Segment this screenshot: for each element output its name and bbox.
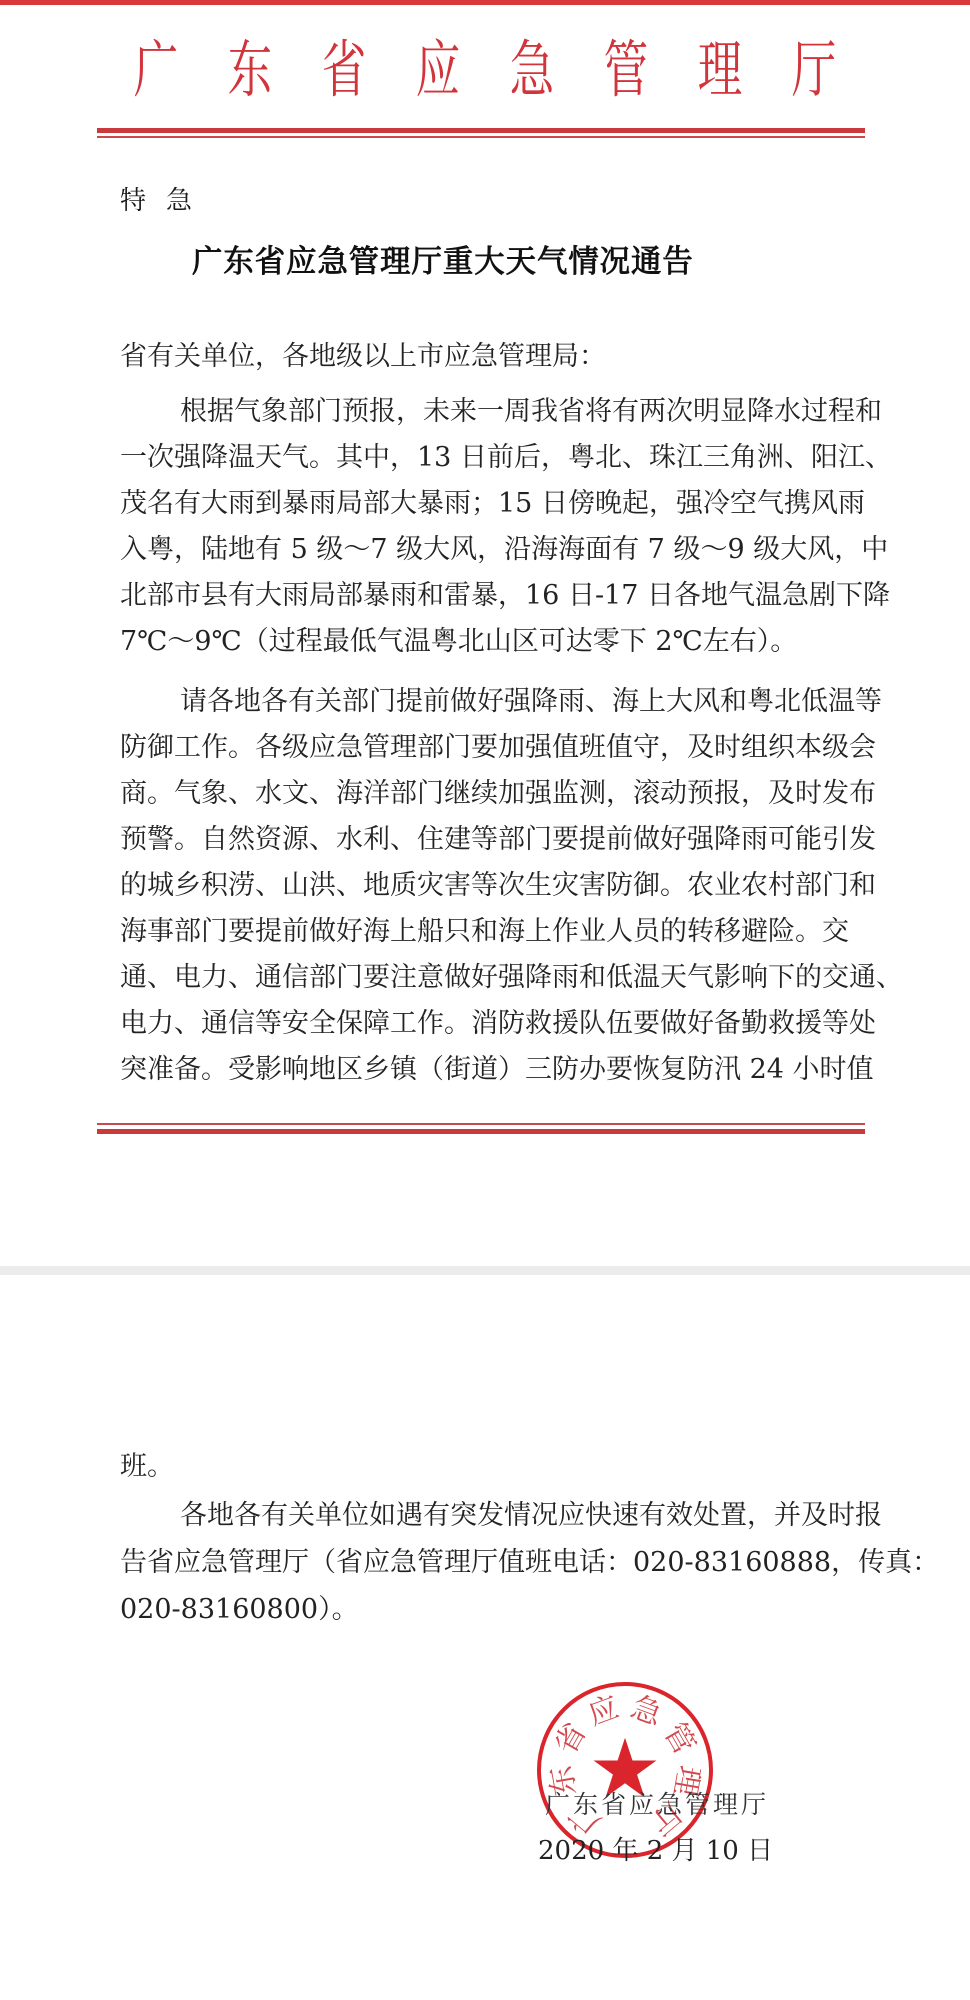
body-text-line: 茂名有大雨到暴雨局部大暴雨；15 日傍晚起，强冷空气携风雨 — [120, 488, 847, 520]
body-text-line: 7℃～9℃（过程最低气温粤北山区可达零下 2℃左右）。 — [120, 626, 847, 658]
body-text-line: 请各地各有关部门提前做好强降雨、海上大风和粤北低温等 — [180, 686, 847, 718]
body-text-line: 防御工作。各级应急管理部门要加强值班值守，及时组织本级会 — [120, 732, 847, 764]
divider-thin-line — [97, 1123, 865, 1125]
letterhead-char: 省 — [322, 30, 367, 110]
body-text-line: 省有关单位，各地级以上市应急管理局： — [120, 341, 847, 373]
letterhead-divider — [97, 128, 865, 138]
letterhead-org-name: 广 东 省 应 急 管 理 厅 — [125, 30, 845, 110]
body-text-line: 海事部门要提前做好海上船只和海上作业人员的转移避险。交 — [120, 916, 847, 948]
body-text-line: 的城乡积涝、山洪、地质灾害等次生灾害防御。农业农村部门和 — [120, 870, 847, 902]
letterhead-char: 应 — [416, 30, 461, 110]
letterhead-char: 理 — [698, 30, 743, 110]
body-text-line: 入粤，陆地有 5 级～7 级大风，沿海海面有 7 级～9 级大风，中 — [120, 534, 847, 566]
body-text-line: 班。 — [120, 1451, 847, 1483]
signature-org: 广东省应急管理厅 — [545, 1785, 769, 1821]
body-text-line: 020-83160800）。 — [120, 1594, 847, 1626]
body-text-line: 告省应急管理厅（省应急管理厅值班电话：020-83160888，传真： — [120, 1547, 847, 1579]
page-footer-divider — [97, 1123, 865, 1134]
body-text-line: 预警。自然资源、水利、住建等部门要提前做好强降雨可能引发 — [120, 824, 847, 856]
body-text-line: 通、电力、通信部门要注意做好强降雨和低温天气影响下的交通、 — [120, 962, 847, 994]
signature-date: 2020 年 2 月 10 日 — [538, 1830, 773, 1867]
divider-thin-line — [97, 136, 865, 138]
divider-thick-line — [97, 1129, 865, 1134]
body-text-line: 根据气象部门预报，未来一周我省将有两次明显降水过程和 — [180, 396, 847, 428]
urgency-label: 特急 — [120, 180, 212, 217]
top-red-band — [0, 0, 970, 5]
body-text-line: 各地各有关单位如遇有突发情况应快速有效处置，并及时报 — [180, 1500, 847, 1532]
body-text-line: 商。气象、水文、海洋部门继续加强监测，滚动预报，及时发布 — [120, 778, 847, 810]
body-text-line: 北部市县有大雨局部暴雨和雷暴，16 日-17 日各地气温急剧下降 — [120, 580, 847, 612]
letterhead-char: 东 — [228, 30, 273, 110]
letterhead-char: 厅 — [792, 30, 837, 110]
body-text-line: 一次强降温天气。其中，13 日前后，粤北、珠江三角洲、阳江、 — [120, 442, 847, 474]
letterhead-char: 广 — [134, 30, 179, 110]
page-separator — [0, 1266, 970, 1275]
divider-thick-line — [97, 128, 865, 133]
body-text-line: 电力、通信等安全保障工作。消防救援队伍要做好备勤救援等处 — [120, 1008, 847, 1040]
letterhead-char: 管 — [604, 30, 649, 110]
document-title: 广东省应急管理厅重大天气情况通告 — [192, 236, 694, 281]
letterhead-char: 急 — [510, 30, 555, 110]
body-text-line: 突准备。受影响地区乡镇（街道）三防办要恢复防汛 24 小时值 — [120, 1054, 847, 1086]
